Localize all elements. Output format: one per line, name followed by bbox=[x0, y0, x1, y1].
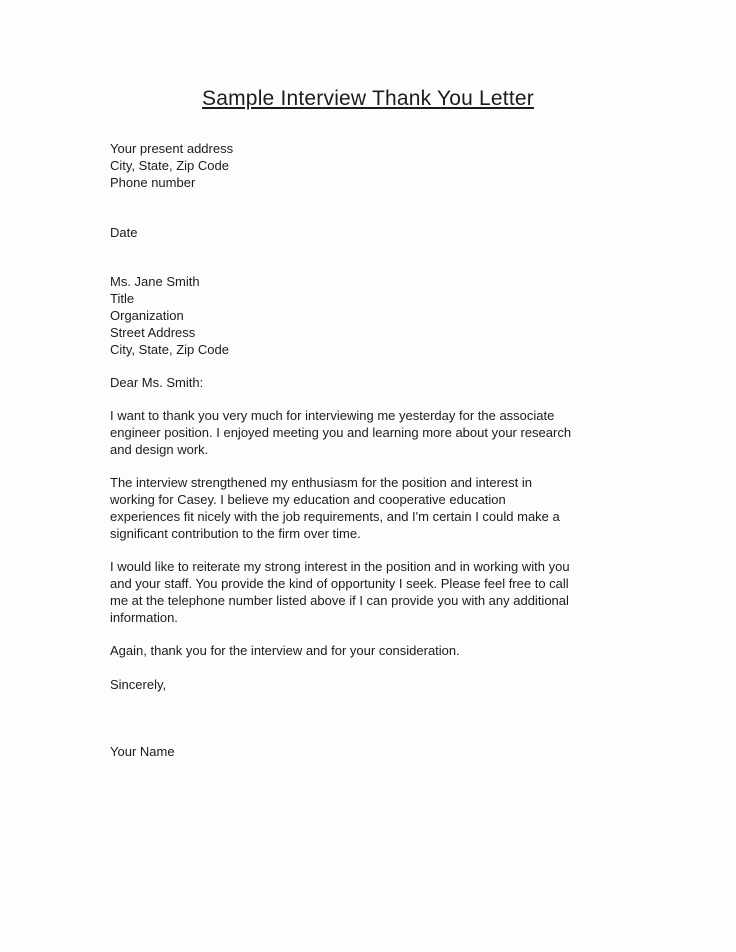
body-paragraph-2: The interview strengthened my enthusiasm… bbox=[110, 474, 626, 542]
recipient-address-block: Ms. Jane Smith Title Organization Street… bbox=[110, 273, 626, 358]
salutation: Dear Ms. Smith: bbox=[110, 374, 626, 391]
letter-page: Sample Interview Thank You Letter Your p… bbox=[0, 0, 736, 952]
signature-name: Your Name bbox=[110, 743, 626, 760]
body-paragraph-1: I want to thank you very much for interv… bbox=[110, 407, 626, 458]
sender-address-block: Your present address City, State, Zip Co… bbox=[110, 140, 626, 191]
letter-title: Sample Interview Thank You Letter bbox=[110, 86, 626, 111]
closing: Sincerely, bbox=[110, 676, 626, 693]
date-line: Date bbox=[110, 224, 626, 241]
body-paragraph-3: I would like to reiterate my strong inte… bbox=[110, 558, 626, 626]
body-paragraph-4: Again, thank you for the interview and f… bbox=[110, 642, 626, 659]
